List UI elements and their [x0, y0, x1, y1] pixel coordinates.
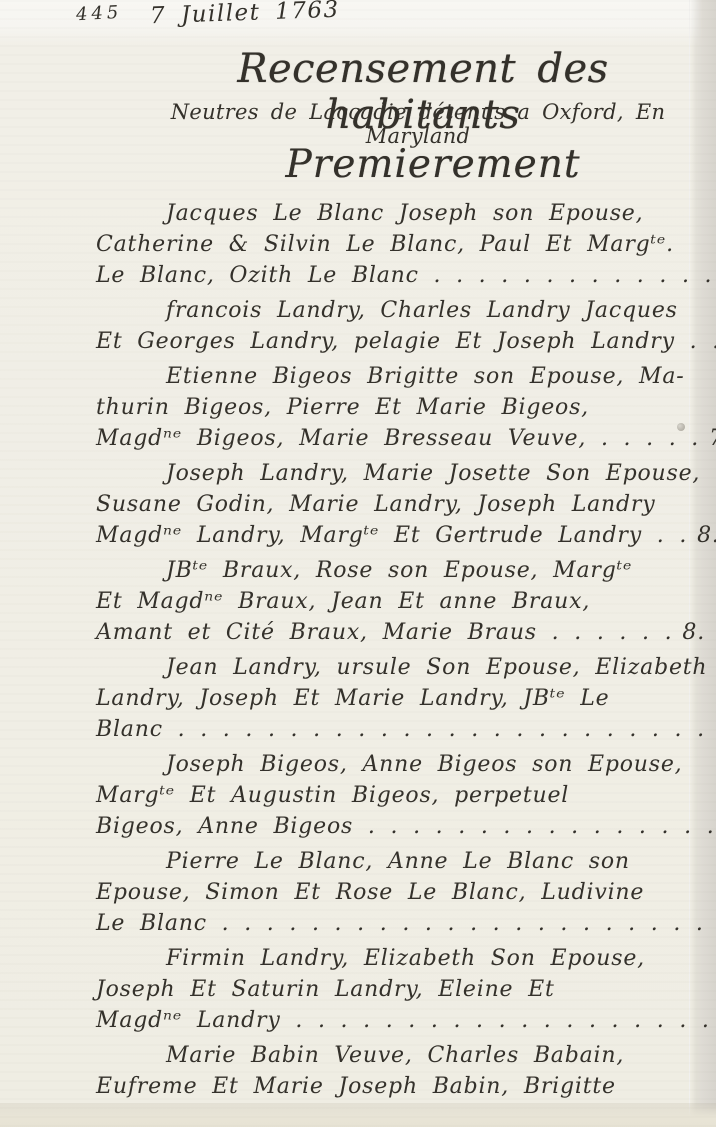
entry-line: Joseph Et Saturin Landry, Eleine Et: [96, 974, 690, 1005]
entry-line: Jacques Le Blanc Joseph son Epouse,: [96, 198, 690, 229]
census-entry: Joseph Landry, Marie Josette Son Epouse,…: [96, 458, 690, 551]
census-entry: JBᵗᵉ Braux, Rose son Epouse, MargᵗᵉEt Ma…: [96, 555, 690, 648]
census-entry: Pierre Le Blanc, Anne Le Blanc sonEpouse…: [96, 846, 690, 939]
entry-line: Firmin Landry, Elizabeth Son Epouse,: [96, 943, 690, 974]
entry-line: Et Magdⁿᵉ Braux, Jean Et anne Braux,: [96, 586, 690, 617]
entry-text: Amant et Cité Braux, Marie Braus . . . .…: [96, 617, 672, 648]
entry-line: Joseph Bigeos, Anne Bigeos son Epouse,: [96, 749, 690, 780]
entry-line: Magdⁿᵉ Bigeos, Marie Bresseau Veuve, . .…: [96, 423, 690, 454]
entry-line: Et Georges Landry, pelagie Et Joseph Lan…: [96, 326, 690, 357]
census-entry: Jacques Le Blanc Joseph son Epouse,Cathe…: [96, 198, 690, 291]
entry-line: Landry, Joseph Et Marie Landry, JBᵗᵉ Le: [96, 683, 690, 714]
entry-line: Eufreme Et Marie Joseph Babin, Brigitte: [96, 1071, 690, 1102]
entry-text: Magdⁿᵉ Bigeos, Marie Bresseau Veuve, . .…: [96, 423, 699, 454]
entry-line: Joseph Landry, Marie Josette Son Epouse,: [96, 458, 690, 489]
entry-line: JBᵗᵉ Braux, Rose son Epouse, Margᵗᵉ: [96, 555, 690, 586]
page-bottom-edge: [0, 1103, 716, 1127]
entry-text: Bigeos, Anne Bigeos . . . . . . . . . . …: [96, 811, 716, 842]
page-date: 7 Juillet 1763: [150, 0, 341, 29]
entry-line: Jean Landry, ursule Son Epouse, Elizabet…: [96, 652, 690, 683]
entry-line: Le Blanc, Ozith Le Blanc . . . . . . . .…: [96, 260, 690, 291]
entry-line: Blanc . . . . . . . . . . . . . . . . . …: [96, 714, 690, 745]
entries-list: Jacques Le Blanc Joseph son Epouse,Cathe…: [96, 198, 690, 1106]
census-entry: Marie Babin Veuve, Charles Babain,Eufrem…: [96, 1040, 690, 1102]
entry-line: Bigeos, Anne Bigeos . . . . . . . . . . …: [96, 811, 690, 842]
census-entry: Jean Landry, ursule Son Epouse, Elizabet…: [96, 652, 690, 745]
section-heading: Premierement: [150, 142, 716, 187]
entry-line: Pierre Le Blanc, Anne Le Blanc son: [96, 846, 690, 877]
entry-line: Etienne Bigeos Brigitte son Epouse, Ma-: [96, 361, 690, 392]
household-count: 8.: [687, 520, 716, 551]
entry-text: Le Blanc . . . . . . . . . . . . . . . .…: [96, 908, 716, 939]
entry-text: Le Blanc, Ozith Le Blanc . . . . . . . .…: [96, 260, 716, 291]
entry-line: Le Blanc . . . . . . . . . . . . . . . .…: [96, 908, 690, 939]
census-entry: francois Landry, Charles Landry JacquesE…: [96, 295, 690, 357]
entry-line: Catherine & Silvin Le Blanc, Paul Et Mar…: [96, 229, 690, 260]
census-entry: Etienne Bigeos Brigitte son Epouse, Ma-t…: [96, 361, 690, 454]
entry-line: Susane Godin, Marie Landry, Joseph Landr…: [96, 489, 690, 520]
scanned-census-page: 445 7 Juillet 1763 Recensement des habit…: [0, 0, 716, 1127]
household-count: 8.: [672, 617, 705, 648]
census-entry: Joseph Bigeos, Anne Bigeos son Epouse,Ma…: [96, 749, 690, 842]
entry-text: Magdⁿᵉ Landry, Margᵗᵉ Et Gertrude Landry…: [96, 520, 687, 551]
entry-line: thurin Bigeos, Pierre Et Marie Bigeos,: [96, 392, 690, 423]
entry-line: Magdⁿᵉ Landry . . . . . . . . . . . . . …: [96, 1005, 690, 1036]
folio-number: 445: [75, 2, 122, 25]
entry-line: francois Landry, Charles Landry Jacques: [96, 295, 690, 326]
entry-text: Magdⁿᵉ Landry . . . . . . . . . . . . . …: [96, 1005, 716, 1036]
entry-line: Marie Babin Veuve, Charles Babain,: [96, 1040, 690, 1071]
entry-text: Blanc . . . . . . . . . . . . . . . . . …: [96, 714, 716, 745]
census-entry: Firmin Landry, Elizabeth Son Epouse,Jose…: [96, 943, 690, 1036]
entry-text: Et Georges Landry, pelagie Et Joseph Lan…: [96, 326, 716, 357]
paper-stain: [677, 423, 685, 431]
entry-line: Margᵗᵉ Et Augustin Bigeos, perpetuel: [96, 780, 690, 811]
entry-line: Epouse, Simon Et Rose Le Blanc, Ludivine: [96, 877, 690, 908]
entry-line: Amant et Cité Braux, Marie Braus . . . .…: [96, 617, 690, 648]
entry-line: Magdⁿᵉ Landry, Margᵗᵉ Et Gertrude Landry…: [96, 520, 690, 551]
page-subtitle: Neutres de Laccadie détenus a Oxford, En…: [120, 100, 716, 148]
household-count: 7.: [699, 423, 716, 454]
